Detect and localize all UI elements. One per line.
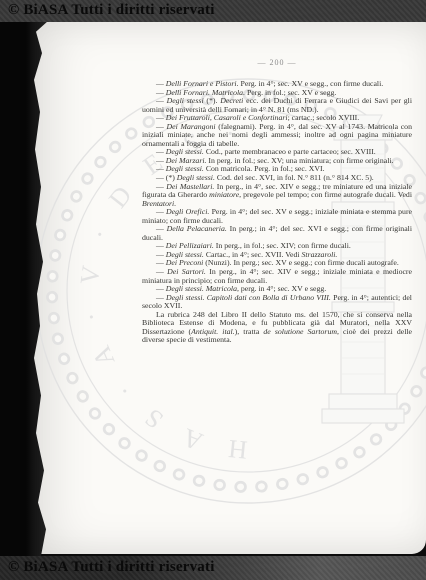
catalog-entry: — Degli stessi (*). Decreti ecc. dei Duc… [142, 97, 412, 114]
entry-title: miniatore [209, 190, 239, 199]
entry-title: Degli stessi. Capitoli dati con Bolla di… [166, 293, 331, 302]
page-content: — 200 — — Delli Fornari e Pistori. Perg.… [26, 58, 426, 345]
page-scan: H A S · A · V · D E S · C O N D — 200 [26, 21, 426, 554]
copyright-banner-top: © BiASA Tutti i diritti riservati [0, 0, 426, 22]
entry-title: Della Pelacaneria. [167, 224, 227, 233]
catalog-entry: — Dei Marangoni (falegnami). Perg. in 4°… [142, 123, 412, 149]
copyright-text-top: © BiASA Tutti i diritti riservati [8, 2, 215, 18]
catalog-entry: — Dei Mastellari. In perg., in 4°, sec. … [142, 183, 412, 209]
catalog-entry: La rubrica 248 del Libro II dello Statut… [142, 311, 412, 345]
copyright-banner-bottom: © BiASA Tutti i diritti riservati [0, 556, 426, 580]
text-block: — Delli Fornari e Pistori. Perg. in 4°; … [142, 80, 412, 345]
entry-text: , pregevole pel tempo; con firme autogra… [239, 190, 412, 199]
catalog-entry: — Dei Sartori. In perg., in 4°; sec. XIV… [142, 268, 412, 285]
catalog-entry: — Degli Orefici. Perg. in 4°; del sec. X… [142, 208, 412, 225]
catalog-entry: — Degli stessi. Capitoli dati con Bolla … [142, 294, 412, 311]
page-number: — 200 — [142, 58, 412, 67]
copyright-text-bottom: © BiASA Tutti i diritti riservati [8, 559, 215, 575]
catalog-entry: — Della Pelacaneria. In perg.; in 4°; de… [142, 225, 412, 242]
entry-text: ), tratta [235, 327, 264, 336]
entry-title: de solutione Sartorum [263, 327, 337, 336]
